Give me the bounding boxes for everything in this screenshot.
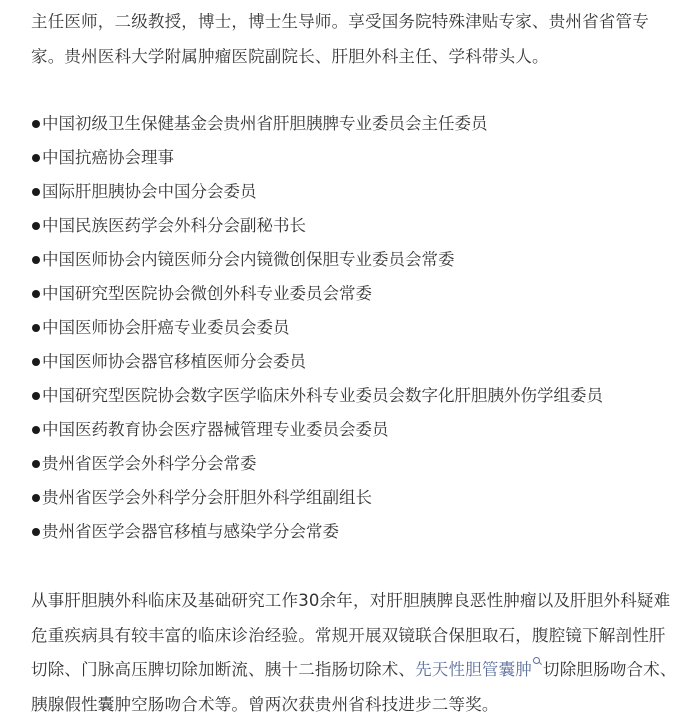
bullet-icon	[32, 358, 40, 366]
membership-label: 贵州省医学会外科学分会肝胆外科学组副组长	[42, 481, 372, 515]
bullet-icon	[32, 324, 40, 332]
membership-list: 中国初级卫生保健基金会贵州省肝胆胰脾专业委员会主任委员 中国抗癌协会理事 国际肝…	[31, 107, 679, 549]
list-item: 中国医药教育协会医疗器械管理专业委员会委员	[31, 413, 679, 447]
membership-label: 贵州省医学会器官移植与感染学分会常委	[42, 515, 339, 549]
membership-label: 中国医师协会器官移植医师分会委员	[42, 345, 306, 379]
membership-label: 中国研究型医院协会数字医学临床外科专业委员会数字化肝胆胰外伤学组委员	[42, 379, 603, 413]
membership-label: 中国研究型医院协会微创外科专业委员会常委	[42, 277, 372, 311]
bullet-icon	[32, 494, 40, 502]
bullet-icon	[32, 222, 40, 230]
list-item: 贵州省医学会外科学分会常委	[31, 447, 679, 481]
membership-label: 中国医药教育协会医疗器械管理专业委员会委员	[42, 413, 389, 447]
list-item: 中国研究型医院协会数字医学临床外科专业委员会数字化肝胆胰外伤学组委员	[31, 379, 679, 413]
list-item: 中国医师协会内镜医师分会内镜微创保胆专业委员会常委	[31, 243, 679, 277]
membership-label: 中国医师协会内镜医师分会内镜微创保胆专业委员会常委	[42, 243, 455, 277]
list-item: 中国医师协会器官移植医师分会委员	[31, 345, 679, 379]
intro-paragraph: 主任医师，二级教授，博士，博士生导师。享受国务院特殊津贴专家、贵州省省管专家。贵…	[31, 5, 679, 74]
list-item: 中国研究型医院协会微创外科专业委员会常委	[31, 277, 679, 311]
link-text[interactable]: 先天性胆管囊肿	[415, 660, 532, 679]
list-item: 中国初级卫生保健基金会贵州省肝胆胰脾专业委员会主任委员	[31, 107, 679, 141]
membership-label: 中国初级卫生保健基金会贵州省肝胆胰脾专业委员会主任委员	[42, 107, 488, 141]
doctor-profile: 主任医师，二级教授，博士，博士生导师。享受国务院特殊津贴专家、贵州省省管专家。贵…	[31, 5, 679, 722]
bullet-icon	[32, 426, 40, 434]
bullet-icon	[32, 528, 40, 536]
bullet-icon	[32, 188, 40, 196]
bullet-icon	[32, 154, 40, 162]
bullet-icon	[32, 290, 40, 298]
list-item: 中国抗癌协会理事	[31, 141, 679, 175]
list-item: 贵州省医学会外科学分会肝胆外科学组副组长	[31, 481, 679, 515]
list-item: 中国医师协会肝癌专业委员会委员	[31, 311, 679, 345]
membership-label: 贵州省医学会外科学分会常委	[42, 447, 257, 481]
bullet-icon	[32, 392, 40, 400]
list-item: 国际肝胆胰协会中国分会委员	[31, 175, 679, 209]
membership-label: 中国抗癌协会理事	[42, 141, 174, 175]
bullet-icon	[32, 256, 40, 264]
list-item: 中国民族医药学会外科分会副秘书长	[31, 209, 679, 243]
congenital-choledochal-cyst-link[interactable]: 先天性胆管囊肿	[415, 660, 543, 679]
membership-label: 国际肝胆胰协会中国分会委员	[42, 175, 257, 209]
experience-paragraph: 从事肝胆胰外科临床及基础研究工作30余年，对肝胆胰脾良恶性肿瘤以及肝胆外科疑难危…	[31, 584, 679, 722]
bullet-icon	[32, 460, 40, 468]
list-item: 贵州省医学会器官移植与感染学分会常委	[31, 515, 679, 549]
bullet-icon	[32, 120, 40, 128]
membership-label: 中国民族医药学会外科分会副秘书长	[42, 209, 306, 243]
membership-label: 中国医师协会肝癌专业委员会委员	[42, 311, 290, 345]
search-icon[interactable]	[533, 657, 541, 669]
